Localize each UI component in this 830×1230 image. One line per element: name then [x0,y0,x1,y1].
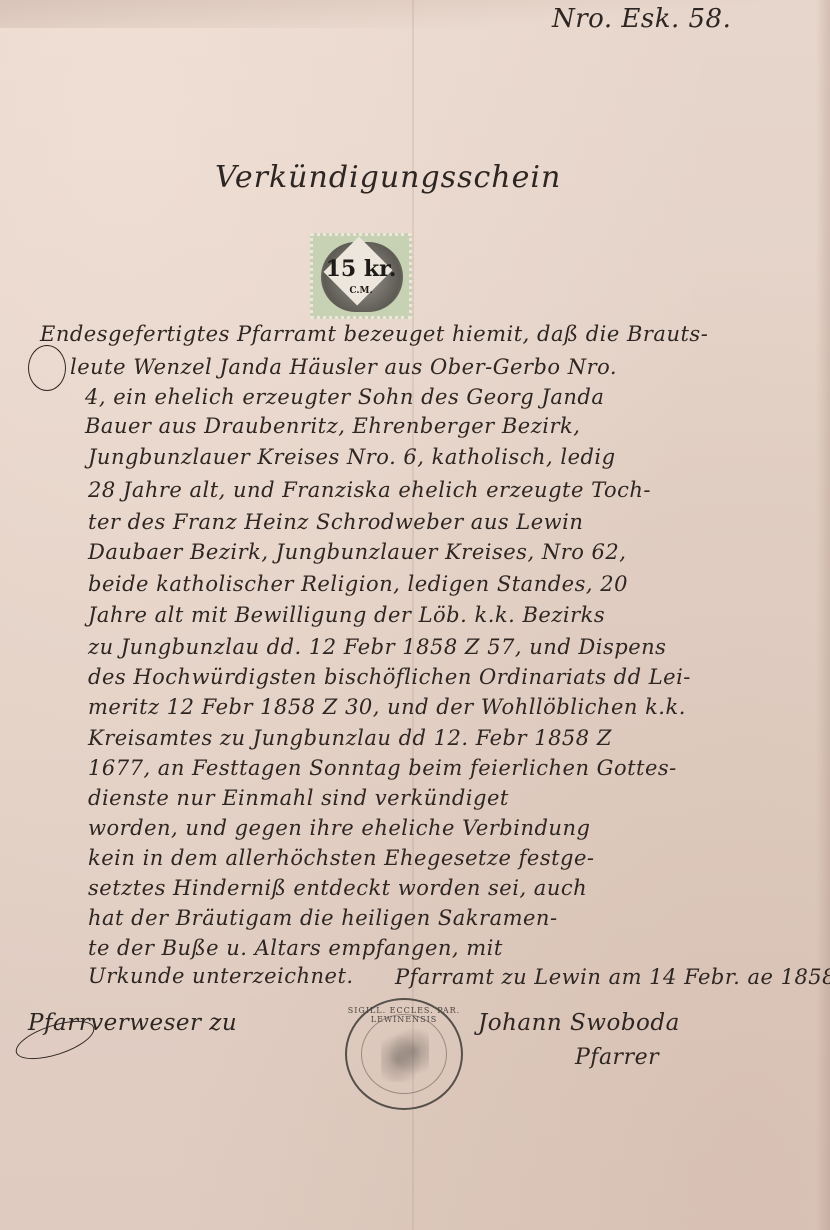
body-line: Urkunde unterzeichnet. [88,964,354,988]
body-line: beide katholischer Religion, ledigen Sta… [88,572,628,596]
parish-seal: SIGILL. ECCLES. PAR. LEWINENSIS [345,998,463,1110]
signature-role: Pfarrer [575,1045,659,1070]
seal-legend: SIGILL. ECCLES. PAR. LEWINENSIS [347,1006,461,1024]
body-line: Daubaer Bezirk, Jungbunzlauer Kreises, N… [88,540,626,564]
body-line: worden, und gegen ihre eheliche Verbindu… [88,816,590,840]
body-line: leute Wenzel Janda Häusler aus Ober-Gerb… [70,355,617,379]
paper-edge-shadow [816,0,830,1230]
body-line: Kreisamtes zu Jungbunzlau dd 12. Febr 18… [88,726,612,750]
place-date-line: Pfarramt zu Lewin am 14 Febr. ae 1858. [395,965,830,989]
body-line: Endesgefertigtes Pfarramt bezeuget hiemi… [40,322,708,346]
body-line: zu Jungbunzlau dd. 12 Febr 1858 Z 57, un… [88,635,666,659]
body-line: Bauer aus Draubenritz, Ehrenberger Bezir… [85,414,580,438]
body-line: 1677, an Festtagen Sonntag beim feierlic… [88,756,677,780]
stamp-currency: C.M. [313,286,409,296]
body-line: te der Buße u. Altars empfangen, mit [88,936,503,960]
body-line: ter des Franz Heinz Schrodweber aus Lewi… [88,510,583,534]
revenue-stamp: 15 kr. C.M. [310,233,412,319]
body-line: Jahre alt mit Bewilligung der Löb. k.k. … [88,603,605,627]
stamp-value: 15 kr. [313,256,409,282]
signature-name: Johann Swoboda [478,1010,680,1036]
document-page: Nro. Esk. 58. Verkündigungsschein 15 kr.… [0,0,830,1230]
body-line: dienste nur Einmahl sind verkündiget [88,786,509,810]
document-title: Verkündigungsschein [215,160,561,195]
reference-number: Nro. Esk. 58. [552,4,731,34]
body-line: meritz 12 Febr 1858 Z 30, und der Wohllö… [88,695,686,719]
initial-flourish [28,345,66,391]
body-line: 28 Jahre alt, und Franziska ehelich erze… [88,478,651,502]
body-line: des Hochwürdigsten bischöflichen Ordinar… [88,665,691,689]
body-line: kein in dem allerhöchsten Ehegesetze fes… [88,846,595,870]
body-line: Jungbunzlauer Kreises Nro. 6, katholisch… [88,445,616,469]
seal-figures-image [381,1026,429,1082]
body-line: 4, ein ehelich erzeugter Sohn des Georg … [85,385,604,409]
body-line: hat der Bräutigam die heiligen Sakramen- [88,906,558,930]
body-line: setztes Hinderniß entdeckt worden sei, a… [88,876,587,900]
